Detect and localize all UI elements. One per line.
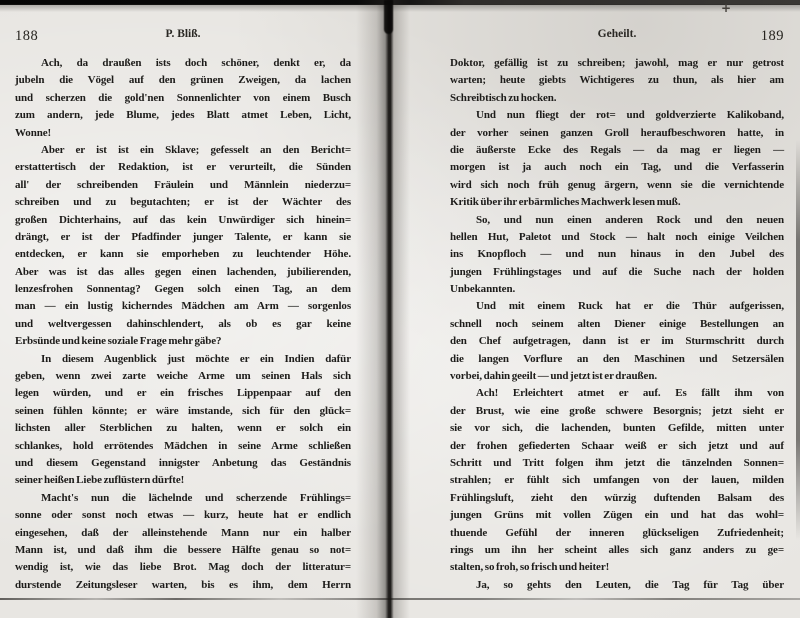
text-line: strahlen; er fühlt sich umfangen von der…: [450, 472, 784, 489]
book-page-right: Geheilt. 189 Doktor, gefällig ist zu sch…: [450, 28, 784, 594]
scan-bottom-artifact-line: [0, 598, 800, 600]
running-header: P. Bliß.: [15, 28, 351, 40]
text-line: rings um ihn her scheint alles sich ganz…: [450, 542, 784, 559]
text-line: die langen Vorflure an den Maschinen und…: [450, 351, 784, 368]
text-line: Aber was ist das alles gegen einen lache…: [15, 264, 351, 281]
text-line: erstattertisch der Redaktion, ist er ver…: [15, 159, 351, 176]
text-line: Macht's nun die lächelnde und scherzende…: [15, 490, 351, 507]
text-line: lenzesfrohen Sonnentag? Gegen solch eine…: [15, 281, 351, 298]
text-line: geben, wenn zwei zarte weiche Arme um se…: [15, 368, 351, 385]
text-line: ins Knopfloch — und nun hinaus in den Ju…: [450, 246, 784, 263]
text-line: Mann ist, und daß ihm die bessere Hälfte…: [15, 542, 351, 559]
text-line: schlankes, hold errötendes Mädchen in se…: [15, 438, 351, 455]
running-header: Geheilt.: [450, 28, 784, 40]
text-line: jungen Frühlingstages und auf die Suche …: [450, 264, 784, 281]
text-line: So, und nun einen anderen Rock und den n…: [450, 212, 784, 229]
text-line: Und mit einem Ruck hat er die Thür aufge…: [450, 298, 784, 315]
text-line: wendig ist, wie das liebe Brot. Mag doch…: [15, 559, 351, 576]
register-mark: +: [721, 1, 731, 15]
text-line: schnell noch seinem alten Diener einige …: [450, 316, 784, 333]
text-line: all' der schreibenden Fräulein und Männl…: [15, 177, 351, 194]
book-page-left: 188 P. Bliß. Ach, da draußen ists doch s…: [15, 28, 351, 594]
text-line: schreiben und zu begutachten; er ist der…: [15, 194, 351, 211]
text-line: Doktor, gefällig ist zu schreiben; jawoh…: [450, 55, 784, 72]
text-line: und diesem Gegenstand innigster Anbetung…: [15, 455, 351, 472]
text-line: Frühlingsluft, zieht den würzig duftende…: [450, 490, 784, 507]
book-gutter-shadow: [384, 0, 393, 34]
text-line: wird sich noch früh genug ärgern, wenn s…: [450, 177, 784, 194]
text-line: lichsten aller Sterblichen zu halten, we…: [15, 420, 351, 437]
text-line: Ach, da draußen ists doch schöner, denkt…: [15, 55, 351, 72]
text-line: hellen Hut, Paletot und Stock — halt noc…: [450, 229, 784, 246]
text-line: vorbei, dahin geeilt — und jetzt ist er …: [450, 368, 784, 385]
text-line: Ja, so gehts den Leuten, die Tag für Tag…: [450, 577, 784, 594]
text-line: großen Dichterhains, auf das kein Unwürd…: [15, 212, 351, 229]
page-body: Doktor, gefällig ist zu schreiben; jawoh…: [450, 55, 784, 594]
text-line: sie vor sich, die lachenden, bunten Gefi…: [450, 420, 784, 437]
page-number: 189: [761, 28, 784, 45]
text-line: durstende Zeitungsleser warten, bis es i…: [15, 577, 351, 594]
text-line: und scherzen die gold'nen Sonnenlichter …: [15, 90, 351, 107]
text-line: Ach! Erleichtert atmet er auf. Es fällt …: [450, 385, 784, 402]
book-gutter-fold: [356, 0, 410, 618]
text-line: Erbsünde und keine soziale Frage mehr gä…: [15, 333, 351, 350]
text-line: eingesehen, daß der alleinstehende Mann …: [15, 525, 351, 542]
text-line: die äußerste Ecke des Regals — da mag er…: [450, 142, 784, 159]
text-line: Wonne!: [15, 125, 351, 142]
text-line: warten; heute giebts Wichtigeres zu thun…: [450, 72, 784, 89]
text-line: der Brust, wie eine große schwere Besorg…: [450, 403, 784, 420]
text-line: sonne oder sonst noch etwas — kurz, heut…: [15, 507, 351, 524]
text-line: der vorher seinen ganzen Groll heraufbes…: [450, 125, 784, 142]
text-line: jubeln die Vögel auf den grünen Zweigen,…: [15, 72, 351, 89]
text-line: thuende Gefühl der inneren glückseligen …: [450, 525, 784, 542]
text-line: zum andern, jede Blume, jedes Blatt atme…: [15, 107, 351, 124]
text-line: seinen fühlen könnte; er wäre imstande, …: [15, 403, 351, 420]
text-line: morgen ist ja auch noch ein Tag, und die…: [450, 159, 784, 176]
text-line: man — ein lustig kicherndes Mädchen am A…: [15, 298, 351, 315]
book-scan: + 188 P. Bliß. Ach, da draußen ists doch…: [0, 0, 800, 618]
scan-right-edge-shade: [796, 140, 800, 540]
page-header-right: Geheilt. 189: [450, 28, 784, 44]
text-line: Kritik über ihr erbärmliches Machwerk le…: [450, 194, 784, 211]
text-line: entdecken, er kann sie emporheben zu leu…: [15, 246, 351, 263]
text-line: In diesem Augenblick just möchte er ein …: [15, 351, 351, 368]
text-line: und weltvergessen dahinschlendert, als o…: [15, 316, 351, 333]
text-line: Schreibtisch zu hocken.: [450, 90, 784, 107]
page-header-left: 188 P. Bliß.: [15, 28, 351, 44]
text-line: Aber er ist ist ein Sklave; gefesselt an…: [15, 142, 351, 159]
text-line: stalten, so froh, so frisch und heiter!: [450, 559, 784, 576]
text-line: Und nun fliegt der rot= und goldverziert…: [450, 107, 784, 124]
text-line: drängt, er ist der Pfadfinder junger Tal…: [15, 229, 351, 246]
text-line: Schritt und Tritt folgen ihm jetzt die t…: [450, 455, 784, 472]
text-line: der frohen gefiederten Schaar weiß er si…: [450, 438, 784, 455]
text-line: legen würden, und er ein frisches Lippen…: [15, 385, 351, 402]
text-line: jungen Grüns mit vollen Zügen ein und ha…: [450, 507, 784, 524]
text-line: den Chef aufgetragen, dann ist er im Stu…: [450, 333, 784, 350]
text-line: Unbekannten.: [450, 281, 784, 298]
text-line: seiner heißen Liebe zuflüstern dürfte!: [15, 472, 351, 489]
page-body: Ach, da draußen ists doch schöner, denkt…: [15, 55, 351, 594]
